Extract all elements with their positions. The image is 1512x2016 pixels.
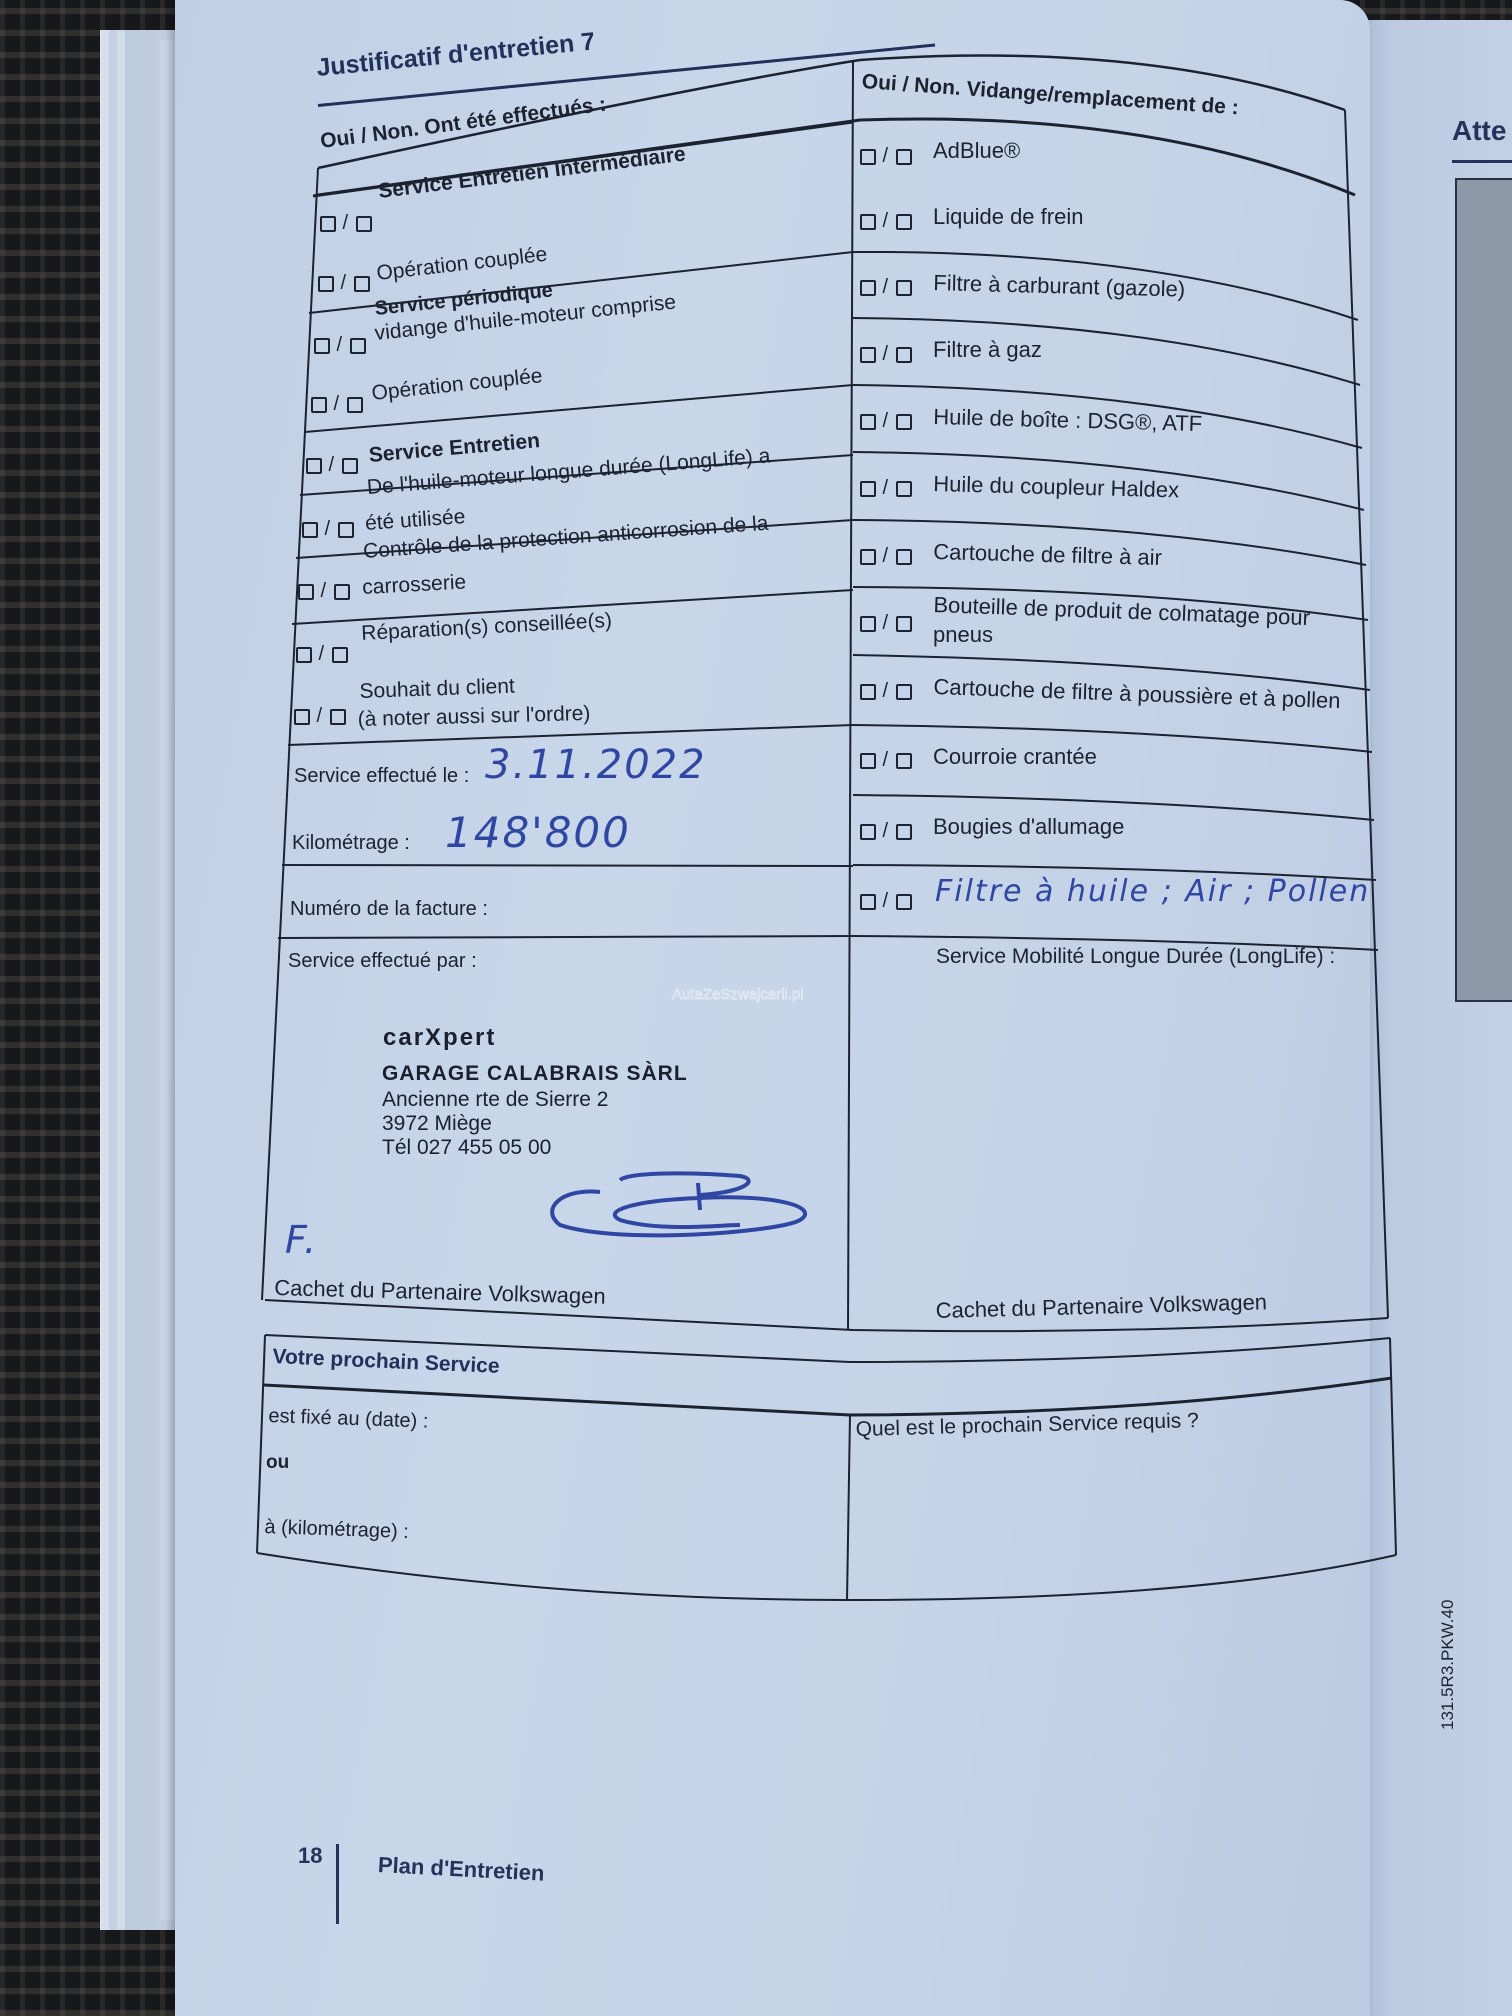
checkbox-non[interactable] bbox=[356, 216, 372, 232]
checkbox-pair[interactable]: / bbox=[860, 410, 912, 433]
checkbox-pair[interactable]: / bbox=[860, 612, 912, 635]
checkbox-pair[interactable]: / bbox=[296, 643, 348, 666]
item-label: Bougies d'allumage bbox=[933, 814, 1124, 840]
checkbox-non[interactable] bbox=[896, 549, 912, 565]
checkbox-non[interactable] bbox=[896, 824, 912, 840]
checkbox-pair[interactable]: / bbox=[860, 749, 912, 772]
checkbox-pair[interactable]: / bbox=[860, 343, 912, 366]
checkbox-oui[interactable] bbox=[860, 616, 876, 632]
checkbox-oui[interactable] bbox=[860, 414, 876, 430]
next-page-grey-box bbox=[1455, 178, 1512, 1002]
next-service-or-label: ou bbox=[266, 1452, 289, 1474]
stamp-city: 3972 Miège bbox=[382, 1112, 492, 1136]
checkbox-oui[interactable] bbox=[296, 647, 312, 663]
checkbox-oui[interactable] bbox=[318, 276, 334, 292]
checkbox-non[interactable] bbox=[342, 458, 358, 474]
handwritten-initial: F. bbox=[285, 1218, 318, 1262]
checkbox-pair[interactable]: / bbox=[298, 580, 350, 603]
page-number: 18 bbox=[298, 1843, 322, 1869]
service-date-label: Service effectué le : bbox=[294, 765, 469, 788]
checkbox-non[interactable] bbox=[350, 338, 366, 354]
checkbox-pair[interactable]: / bbox=[860, 210, 912, 233]
checkbox-non[interactable] bbox=[332, 647, 348, 663]
checkbox-non[interactable] bbox=[334, 584, 350, 600]
stamp-company: GARAGE CALABRAIS SÀRL bbox=[382, 1062, 688, 1086]
checkbox-pair[interactable]: / bbox=[302, 518, 354, 541]
checkbox-oui[interactable] bbox=[860, 347, 876, 363]
checkbox-oui[interactable] bbox=[860, 280, 876, 296]
checkbox-oui[interactable] bbox=[860, 214, 876, 230]
checkbox-oui[interactable] bbox=[860, 481, 876, 497]
checkbox-non[interactable] bbox=[896, 684, 912, 700]
checkbox-pair[interactable]: / bbox=[320, 212, 372, 235]
checkbox-pair[interactable]: / bbox=[314, 334, 366, 357]
checkbox-pair[interactable]: / bbox=[311, 393, 363, 416]
item-label: AdBlue® bbox=[933, 138, 1020, 164]
checkbox-oui[interactable] bbox=[860, 824, 876, 840]
next-page-rule bbox=[1452, 160, 1512, 163]
checkbox-oui[interactable] bbox=[860, 894, 876, 910]
service-date-value[interactable]: 3.11.2022 bbox=[485, 742, 707, 788]
checkbox-oui[interactable] bbox=[860, 149, 876, 165]
checkbox-oui[interactable] bbox=[298, 584, 314, 600]
checkbox-oui[interactable] bbox=[860, 549, 876, 565]
next-page-title-fragment: Atte bbox=[1452, 115, 1506, 147]
checkbox-non[interactable] bbox=[330, 709, 346, 725]
handwritten-item[interactable]: Filtre à huile ; Air ; Pollen bbox=[935, 874, 1370, 909]
checkbox-pair[interactable]: / bbox=[860, 477, 912, 500]
document-code: 131.5R3.PKW.40 bbox=[1438, 1600, 1458, 1730]
checkbox-non[interactable] bbox=[896, 280, 912, 296]
checkbox-pair[interactable]: / bbox=[860, 820, 912, 843]
checkbox-pair[interactable]: / bbox=[860, 680, 912, 703]
carxpert-logo: carXpert bbox=[383, 1024, 496, 1052]
checkbox-oui[interactable] bbox=[314, 338, 330, 354]
checkbox-non[interactable] bbox=[896, 481, 912, 497]
checkbox-non[interactable] bbox=[896, 149, 912, 165]
invoice-number-label: Numéro de la facture : bbox=[290, 898, 488, 921]
stamp-address: Ancienne rte de Sierre 2 bbox=[382, 1088, 608, 1112]
checkbox-non[interactable] bbox=[896, 347, 912, 363]
checkbox-non[interactable] bbox=[347, 397, 363, 413]
checkbox-oui[interactable] bbox=[306, 458, 322, 474]
checkbox-non[interactable] bbox=[896, 214, 912, 230]
stamp-phone: Tél 027 455 05 00 bbox=[382, 1136, 551, 1160]
checkbox-oui[interactable] bbox=[860, 684, 876, 700]
checkbox-non[interactable] bbox=[896, 894, 912, 910]
performed-by-label: Service effectué par : bbox=[288, 950, 477, 973]
maintenance-page bbox=[175, 0, 1370, 2016]
checkbox-non[interactable] bbox=[896, 414, 912, 430]
checkbox-oui[interactable] bbox=[302, 522, 318, 538]
mileage-label: Kilométrage : bbox=[292, 832, 410, 855]
watermark: AutaZeSzwajcarii.pl bbox=[672, 986, 804, 1003]
checkbox-pair[interactable]: / bbox=[294, 705, 346, 728]
signature bbox=[530, 1170, 810, 1240]
checkbox-non[interactable] bbox=[896, 616, 912, 632]
checkbox-non[interactable] bbox=[896, 753, 912, 769]
checkbox-oui[interactable] bbox=[320, 216, 336, 232]
item-label: Courroie crantée bbox=[933, 744, 1097, 770]
checkbox-pair[interactable]: / bbox=[860, 545, 912, 568]
checkbox-pair[interactable]: / bbox=[860, 276, 912, 299]
next-page: Atte bbox=[1360, 20, 1512, 2016]
item-label: Liquide de frein bbox=[933, 204, 1083, 230]
checkbox-pair[interactable]: / bbox=[318, 272, 370, 295]
mileage-value[interactable]: 148'800 bbox=[445, 808, 631, 857]
checkbox-non[interactable] bbox=[338, 522, 354, 538]
item-sublabel: pneus bbox=[933, 622, 993, 648]
mobility-label: Service Mobilité Longue Durée (LongLife)… bbox=[936, 945, 1335, 969]
checkbox-oui[interactable] bbox=[311, 397, 327, 413]
checkbox-oui[interactable] bbox=[860, 753, 876, 769]
checkbox-oui[interactable] bbox=[294, 709, 310, 725]
checkbox-pair[interactable]: / bbox=[306, 454, 358, 477]
checkbox-pair[interactable]: / bbox=[860, 890, 912, 913]
footer-divider bbox=[336, 1844, 339, 1924]
checkbox-non[interactable] bbox=[354, 276, 370, 292]
checkbox-pair[interactable]: / bbox=[860, 145, 912, 168]
item-label: Filtre à gaz bbox=[933, 337, 1042, 363]
